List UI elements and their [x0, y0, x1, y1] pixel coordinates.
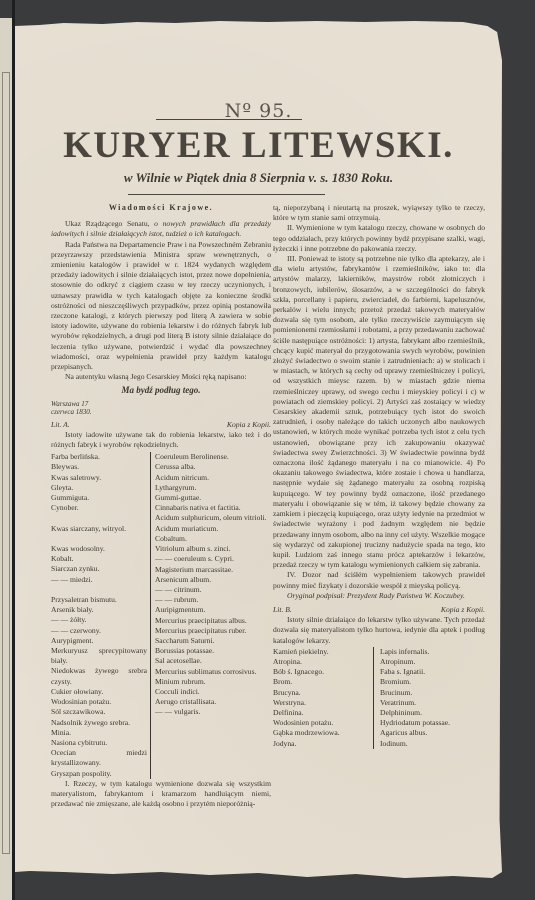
paragraph: Na autentyku własną Jego Cesarskiey Mośc… — [51, 372, 271, 382]
column-left: Wiadomości Krajowe. Ukaz Rządzącego Sena… — [51, 203, 271, 809]
imperial-signature: Ma bydź podług tego. — [51, 385, 271, 395]
column-right: tą, nieporzybaną i nieutartą na proszek,… — [273, 203, 485, 749]
table-cell: Przysaletran bismutu. — [51, 595, 147, 605]
table-cell: Lapis infernalis. — [380, 647, 485, 657]
table-cell: Coeruleum Berolinense. — [155, 452, 271, 462]
table-cell: Atropinum. — [380, 657, 485, 667]
table-cell — [51, 585, 147, 595]
table-cell: Jodyna. — [273, 739, 373, 749]
date-place-line: Warszawa 17 — [51, 400, 271, 408]
table-cell: Mercurius praecipitatus albus. — [155, 616, 271, 626]
table-cell: Bleywas. — [51, 462, 147, 472]
table-cell: — — citrinum. — [155, 585, 271, 595]
original-signed: Oryginał podpisał: Prezydent Rady Państw… — [273, 591, 485, 601]
lit-label: Lit. A. — [51, 420, 70, 430]
latin-names: Lapis infernalis.Atropinum.Faba s. Ignat… — [373, 647, 485, 749]
table-cell: Kwas saletrowy. — [51, 473, 147, 483]
table-cell: Nadsolnik żywego srebra. — [51, 718, 147, 728]
paragraph: III. Ponieważ te istoty są potrzebne nie… — [273, 254, 485, 570]
table-cell: Acidum muriaticum. — [155, 524, 271, 534]
newspaper-page: Nº 95. KURYER LITEWSKI. w Wilnie w Piąte… — [15, 20, 502, 895]
binding-spine — [12, 0, 15, 900]
table-cell: — — miedzi. — [51, 575, 147, 585]
table-cell: Arsenicum album. — [155, 575, 271, 585]
paragraph: Rada Państwa na Departamencie Praw i na … — [51, 240, 271, 373]
table-cell: Auripigmentum. — [155, 605, 271, 615]
table-cell: Veratrinum. — [380, 698, 485, 708]
table-cell: Ocecian miedzi krystallizowany. — [51, 748, 147, 768]
table-cell: Wodosinian potażu. — [51, 697, 147, 707]
table-cell: Vitriolum album s. zinci. — [155, 544, 271, 554]
table-cell: Gryszpan pospolity. — [51, 769, 147, 779]
table-cell: Wodosinien potażu. — [273, 718, 373, 728]
table-cell: — — czerwony. — [51, 626, 147, 636]
table-cell: Gleyta. — [51, 483, 147, 493]
table-cell: Cocculi indici. — [155, 687, 271, 697]
table-cell: Werstryna. — [273, 698, 373, 708]
dateline: w Wilnie w Piątek dnia 8 Sierpnia v. s. … — [15, 170, 502, 186]
table-cell: Merkuryusz sprecypitowany biały. — [51, 646, 147, 666]
substance-table-a: Farba berlińska.Bleywas.Kwas saletrowy.G… — [51, 452, 271, 778]
table-cell: — — vulgaris. — [155, 707, 271, 717]
copy-label: Kopia z Kopii. — [227, 420, 271, 430]
table-cell: Kwas siarczany, witryol. — [51, 524, 147, 534]
latin-names: Coeruleum Berolinense.Cerussa alba.Acidu… — [150, 452, 271, 778]
copy-label: Kopia z Kopii. — [441, 605, 485, 615]
table-cell: Iodinum. — [380, 739, 485, 749]
intro-text: Ukaz Rządzącego Senatu, — [65, 219, 154, 228]
table-cell: Lythargyrum. — [155, 483, 271, 493]
table-cell: Bób ś. Ignacego. — [273, 667, 373, 677]
list-intro: Istoty iadowite używane tak do robienia … — [51, 430, 271, 450]
ukaz-intro: Ukaz Rządzącego Senatu, o nowych prawidł… — [51, 219, 271, 239]
table-cell: Brom. — [273, 677, 373, 687]
table-cell: Acidum sulphuricum, oleum vitrioli. — [155, 513, 271, 523]
table-cell: Borussias potassae. — [155, 646, 271, 656]
lit-row: Lit. A. Kopia z Kopii. — [51, 420, 271, 430]
table-cell: Magisterium marcassitae. — [155, 565, 271, 575]
lit-row: Lit. B. Kopia z Kopii. — [273, 605, 485, 615]
table-cell: — — żółty. — [51, 615, 147, 625]
table-cell: Delfinina. — [273, 708, 373, 718]
table-cell — [51, 513, 147, 523]
table-cell — [51, 534, 147, 544]
table-cell: Gąbka modrzewiowa. — [273, 728, 373, 738]
lit-label: Lit. B. — [273, 605, 292, 615]
table-cell: Cynober. — [51, 503, 147, 513]
table-cell: Gummiguta. — [51, 493, 147, 503]
adjacent-page-strip — [0, 18, 12, 900]
issue-rule — [156, 119, 302, 120]
table-cell: Saccharum Saturni. — [155, 636, 271, 646]
table-cell: Bromium. — [380, 677, 485, 687]
paragraph: II. Wymienione w tym katalogu rzeczy, ch… — [273, 223, 485, 254]
paragraph: tą, nieporzybaną i nieutartą na proszek,… — [273, 203, 485, 223]
table-cell: Aurypigment. — [51, 636, 147, 646]
table-cell: Faba s. Ignatii. — [380, 667, 485, 677]
table-cell: Agaricus albus. — [380, 728, 485, 738]
section-heading: Wiadomości Krajowe. — [51, 203, 271, 213]
table-cell: Minium rubrum. — [155, 677, 271, 687]
polish-names: Kamień piekielny.Atropina.Bób ś. Ignaceg… — [273, 647, 373, 749]
table-cell: Kwas wodosolny. — [51, 544, 147, 554]
table-cell: Niedokwas żywego srebra czysty. — [51, 666, 147, 686]
newspaper-title: KURYER LITEWSKI. — [15, 124, 502, 167]
date-place: Warszawa 17 czerwca 1830. — [51, 400, 271, 416]
table-cell: Cerussa alba. — [155, 462, 271, 472]
table-cell: Kamień piekielny. — [273, 647, 373, 657]
table-cell: Atropina. — [273, 657, 373, 667]
table-cell: Farba berlińska. — [51, 452, 147, 462]
table-cell: Acidum nitricum. — [155, 473, 271, 483]
paragraph: IV. Dozor nad ściśłém wypełnieniem takow… — [273, 570, 485, 590]
table-cell: Sal acetosellae. — [155, 656, 271, 666]
table-cell: Mercurius praecipitatus ruber. — [155, 626, 271, 636]
table-cell: Hydriodatum potassae. — [380, 718, 485, 728]
table-cell: Cinnabaris nativa et factitia. — [155, 503, 271, 513]
table-cell: Nasiona cybitrutu. — [51, 738, 147, 748]
polish-names: Farba berlińska.Bleywas.Kwas saletrowy.G… — [51, 452, 150, 778]
table-cell: Mercurius sublimatus corrosivus. — [155, 667, 271, 677]
table-cell: Aerugo cristallisata. — [155, 697, 271, 707]
list-intro: Istoty silnie działaiące do lekarstw tyl… — [273, 615, 485, 646]
table-cell: Brucyna. — [273, 688, 373, 698]
paragraph: I. Rzeczy, w tym katalogu wymienione doz… — [51, 779, 271, 810]
table-cell: Brucinum. — [380, 688, 485, 698]
table-cell: — — rubrum. — [155, 595, 271, 605]
table-cell: — — coeruleum s. Cypri. — [155, 554, 271, 564]
table-cell: Cukier ołowiany. — [51, 687, 147, 697]
table-cell: Arsenik biały. — [51, 605, 147, 615]
table-cell: Siarczan zynku. — [51, 564, 147, 574]
substance-table-b: Kamień piekielny.Atropina.Bób ś. Ignaceg… — [273, 647, 485, 749]
date-day-line: czerwca 1830. — [51, 408, 271, 416]
table-cell: Gummi-guttae. — [155, 493, 271, 503]
table-cell: Minia. — [51, 728, 147, 738]
table-cell: Sól szczawikowa. — [51, 707, 147, 717]
date-rule — [128, 194, 325, 195]
table-cell: Delphininum. — [380, 708, 485, 718]
table-cell: Cobaltum. — [155, 534, 271, 544]
table-cell: Kobalt. — [51, 554, 147, 564]
